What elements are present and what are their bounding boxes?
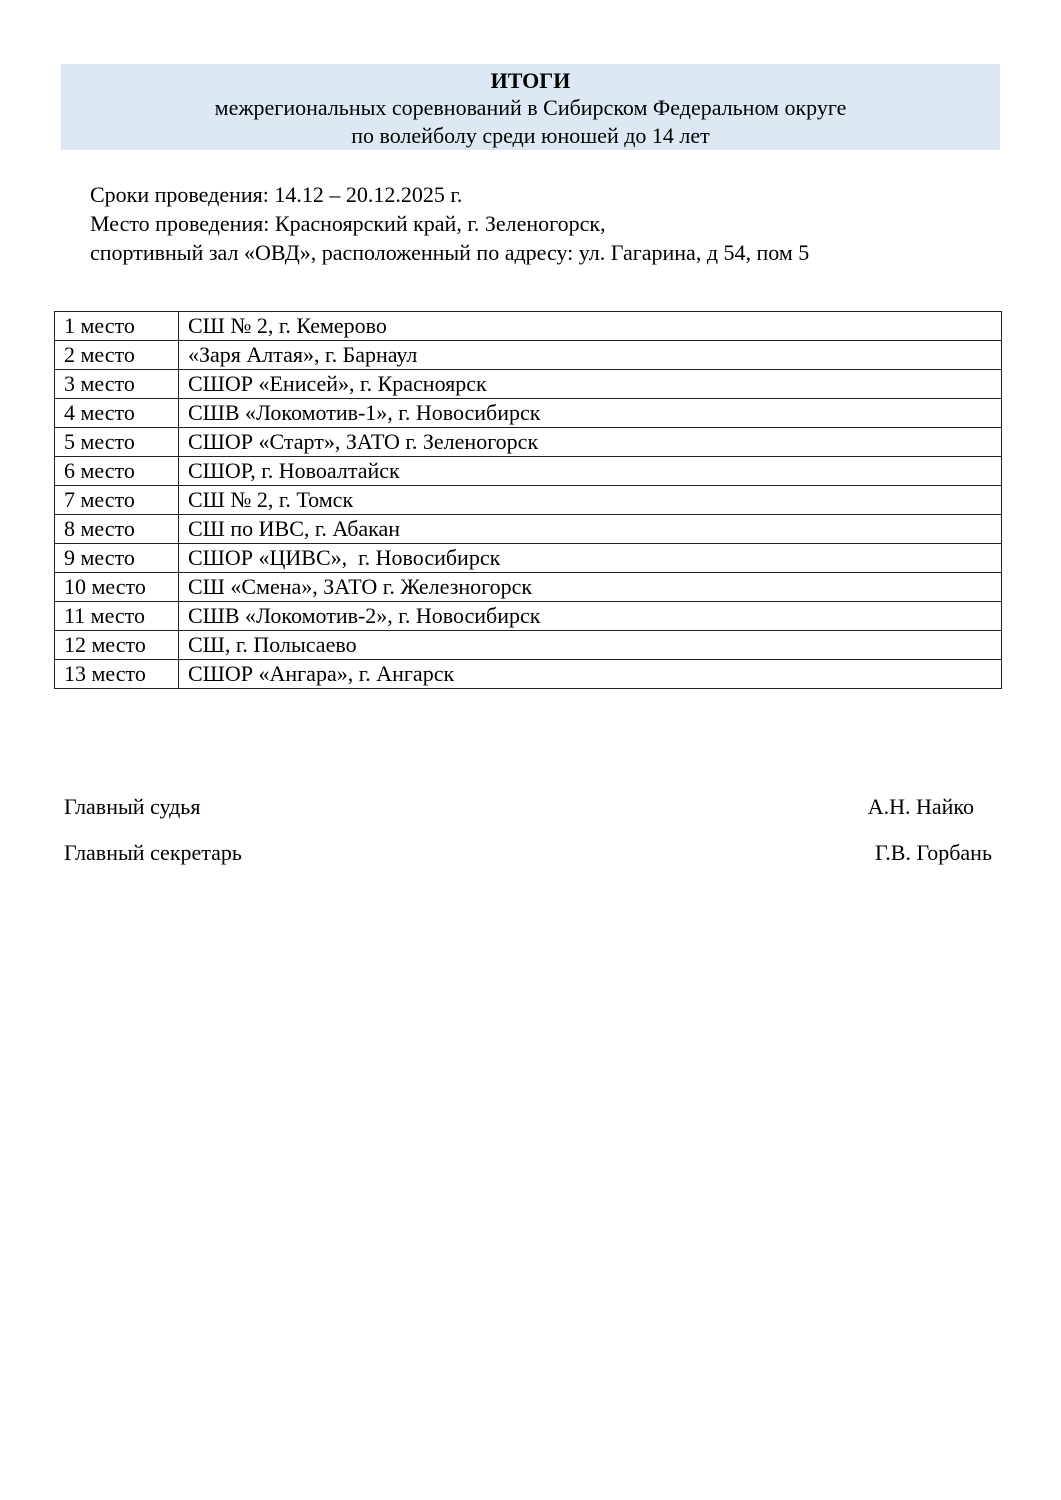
place-cell: 12 место <box>55 631 179 660</box>
chief-secretary-name: Г.В. Горбань <box>875 839 992 867</box>
table-row: 12 местоСШ, г. Полысаево <box>55 631 1002 660</box>
team-cell: СШ по ИВС, г. Абакан <box>179 515 1002 544</box>
table-row: 9 местоСШОР «ЦИВС», г. Новосибирск <box>55 544 1002 573</box>
place-cell: 6 место <box>55 457 179 486</box>
team-cell: СШ «Смена», ЗАТО г. Железногорск <box>179 573 1002 602</box>
place-cell: 7 место <box>55 486 179 515</box>
place-cell: 2 место <box>55 341 179 370</box>
team-cell: СШ № 2, г. Томск <box>179 486 1002 515</box>
place-cell: 13 место <box>55 660 179 689</box>
place-cell: 9 место <box>55 544 179 573</box>
table-row: 7 местоСШ № 2, г. Томск <box>55 486 1002 515</box>
table-row: 5 местоСШОР «Старт», ЗАТО г. Зеленогорск <box>55 428 1002 457</box>
table-row: 2 место«Заря Алтая», г. Барнаул <box>55 341 1002 370</box>
place-cell: 3 место <box>55 370 179 399</box>
team-cell: СШОР «Старт», ЗАТО г. Зеленогорск <box>179 428 1002 457</box>
team-cell: СШОР «Ангара», г. Ангарск <box>179 660 1002 689</box>
results-table: 1 местоСШ № 2, г. Кемерово2 место«Заря А… <box>54 311 1002 689</box>
table-row: 6 местоСШОР, г. Новоалтайск <box>55 457 1002 486</box>
document-subtitle-line1: межрегиональных соревнований в Сибирском… <box>61 94 1000 122</box>
team-cell: СШ № 2, г. Кемерово <box>179 312 1002 341</box>
table-row: 10 местоСШ «Смена», ЗАТО г. Железногорск <box>55 573 1002 602</box>
event-info: Сроки проведения: 14.12 – 20.12.2025 г. … <box>90 180 809 267</box>
team-cell: СШВ «Локомотив-1», г. Новосибирск <box>179 399 1002 428</box>
chief-secretary-signature: Главный секретарь Г.В. Горбань <box>64 839 992 867</box>
event-venue-line1: Место проведения: Красноярский край, г. … <box>90 209 809 238</box>
chief-secretary-role: Главный секретарь <box>64 839 242 867</box>
document-header: ИТОГИ межрегиональных соревнований в Сиб… <box>61 64 1000 150</box>
event-venue-line2: спортивный зал «ОВД», расположенный по а… <box>90 238 809 267</box>
team-cell: СШВ «Локомотив-2», г. Новосибирск <box>179 602 1002 631</box>
table-row: 13 местоСШОР «Ангара», г. Ангарск <box>55 660 1002 689</box>
team-cell: СШОР «Енисей», г. Красноярск <box>179 370 1002 399</box>
table-row: 8 местоСШ по ИВС, г. Абакан <box>55 515 1002 544</box>
place-cell: 5 место <box>55 428 179 457</box>
chief-judge-role: Главный судья <box>64 793 200 821</box>
team-cell: СШ, г. Полысаево <box>179 631 1002 660</box>
place-cell: 10 место <box>55 573 179 602</box>
document-title: ИТОГИ <box>61 68 1000 94</box>
team-cell: СШОР, г. Новоалтайск <box>179 457 1002 486</box>
table-row: 4 местоСШВ «Локомотив-1», г. Новосибирск <box>55 399 1002 428</box>
chief-judge-name: А.Н. Найко <box>868 793 974 821</box>
place-cell: 1 место <box>55 312 179 341</box>
chief-judge-signature: Главный судья А.Н. Найко <box>64 793 992 821</box>
team-cell: СШОР «ЦИВС», г. Новосибирск <box>179 544 1002 573</box>
team-cell: «Заря Алтая», г. Барнаул <box>179 341 1002 370</box>
document-subtitle-line2: по волейболу среди юношей до 14 лет <box>61 122 1000 150</box>
table-row: 1 местоСШ № 2, г. Кемерово <box>55 312 1002 341</box>
place-cell: 8 место <box>55 515 179 544</box>
table-row: 3 местоСШОР «Енисей», г. Красноярск <box>55 370 1002 399</box>
place-cell: 11 место <box>55 602 179 631</box>
table-row: 11 местоСШВ «Локомотив-2», г. Новосибирс… <box>55 602 1002 631</box>
event-dates: Сроки проведения: 14.12 – 20.12.2025 г. <box>90 180 809 209</box>
place-cell: 4 место <box>55 399 179 428</box>
